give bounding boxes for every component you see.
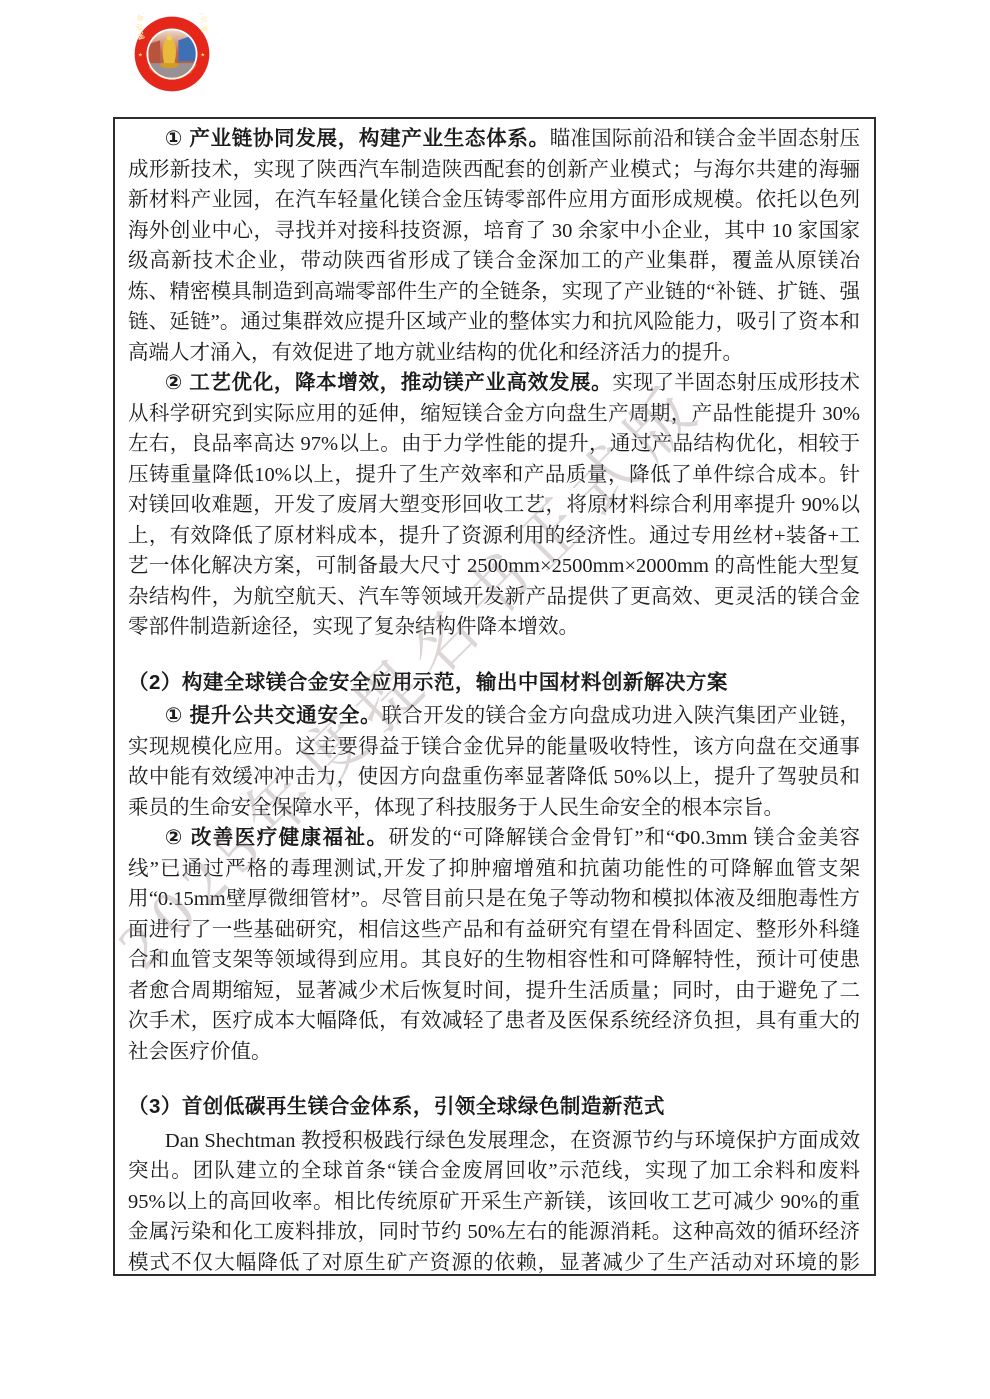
paragraph-lead: ① 提升公共交通安全。: [165, 704, 382, 727]
paragraph-lead: ② 改善医疗健康福祉。: [165, 826, 389, 849]
content-table-cell: ① 产业链协同发展，构建产业生态体系。瞄准国际前沿和镁合金半固态射压成形新技术，…: [113, 117, 876, 1276]
body-paragraph: ① 产业链协同发展，构建产业生态体系。瞄准国际前沿和镁合金半固态射压成形新技术，…: [128, 124, 860, 368]
org-seal-logo: 陕西省科学技术奖励工作办公室 Shaanxi Office Of Science…: [131, 13, 213, 95]
section-heading: （3）首创低碳再生镁合金体系，引领全球绿色制造新范式: [128, 1092, 860, 1123]
body-paragraph: ① 提升公共交通安全。联合开发的镁合金方向盘成功进入陕汽集团产业链，实现规模化应…: [128, 701, 860, 823]
seal-icon: 陕西省科学技术奖励工作办公室 Shaanxi Office Of Science…: [131, 13, 213, 95]
section-heading: （2）构建全球镁合金安全应用示范，输出中国材料创新解决方案: [128, 668, 860, 699]
seal-star-right-icon: ★: [200, 53, 205, 59]
paragraph-lead: ① 产业链协同发展，构建产业生态体系。: [165, 127, 550, 150]
body-paragraph: ② 工艺优化，降本增效，推动镁产业高效发展。实现了半固态射压成形技术从科学研究到…: [128, 368, 860, 643]
paragraph-lead: ② 工艺优化，降本增效，推动镁产业高效发展。: [165, 371, 612, 394]
seal-star-left-icon: ★: [138, 53, 143, 59]
document-page: 陕西省科学技术奖励工作办公室 Shaanxi Office Of Science…: [0, 0, 990, 1399]
body-paragraph: Dan Shechtman 教授积极践行绿色发展理念，在资源节约与环境保护方面成…: [128, 1126, 860, 1277]
body-paragraph: ② 改善医疗健康福祉。研发的“可降解镁合金骨钉”和“Φ0.3mm 镁合金美容线”…: [128, 823, 860, 1067]
